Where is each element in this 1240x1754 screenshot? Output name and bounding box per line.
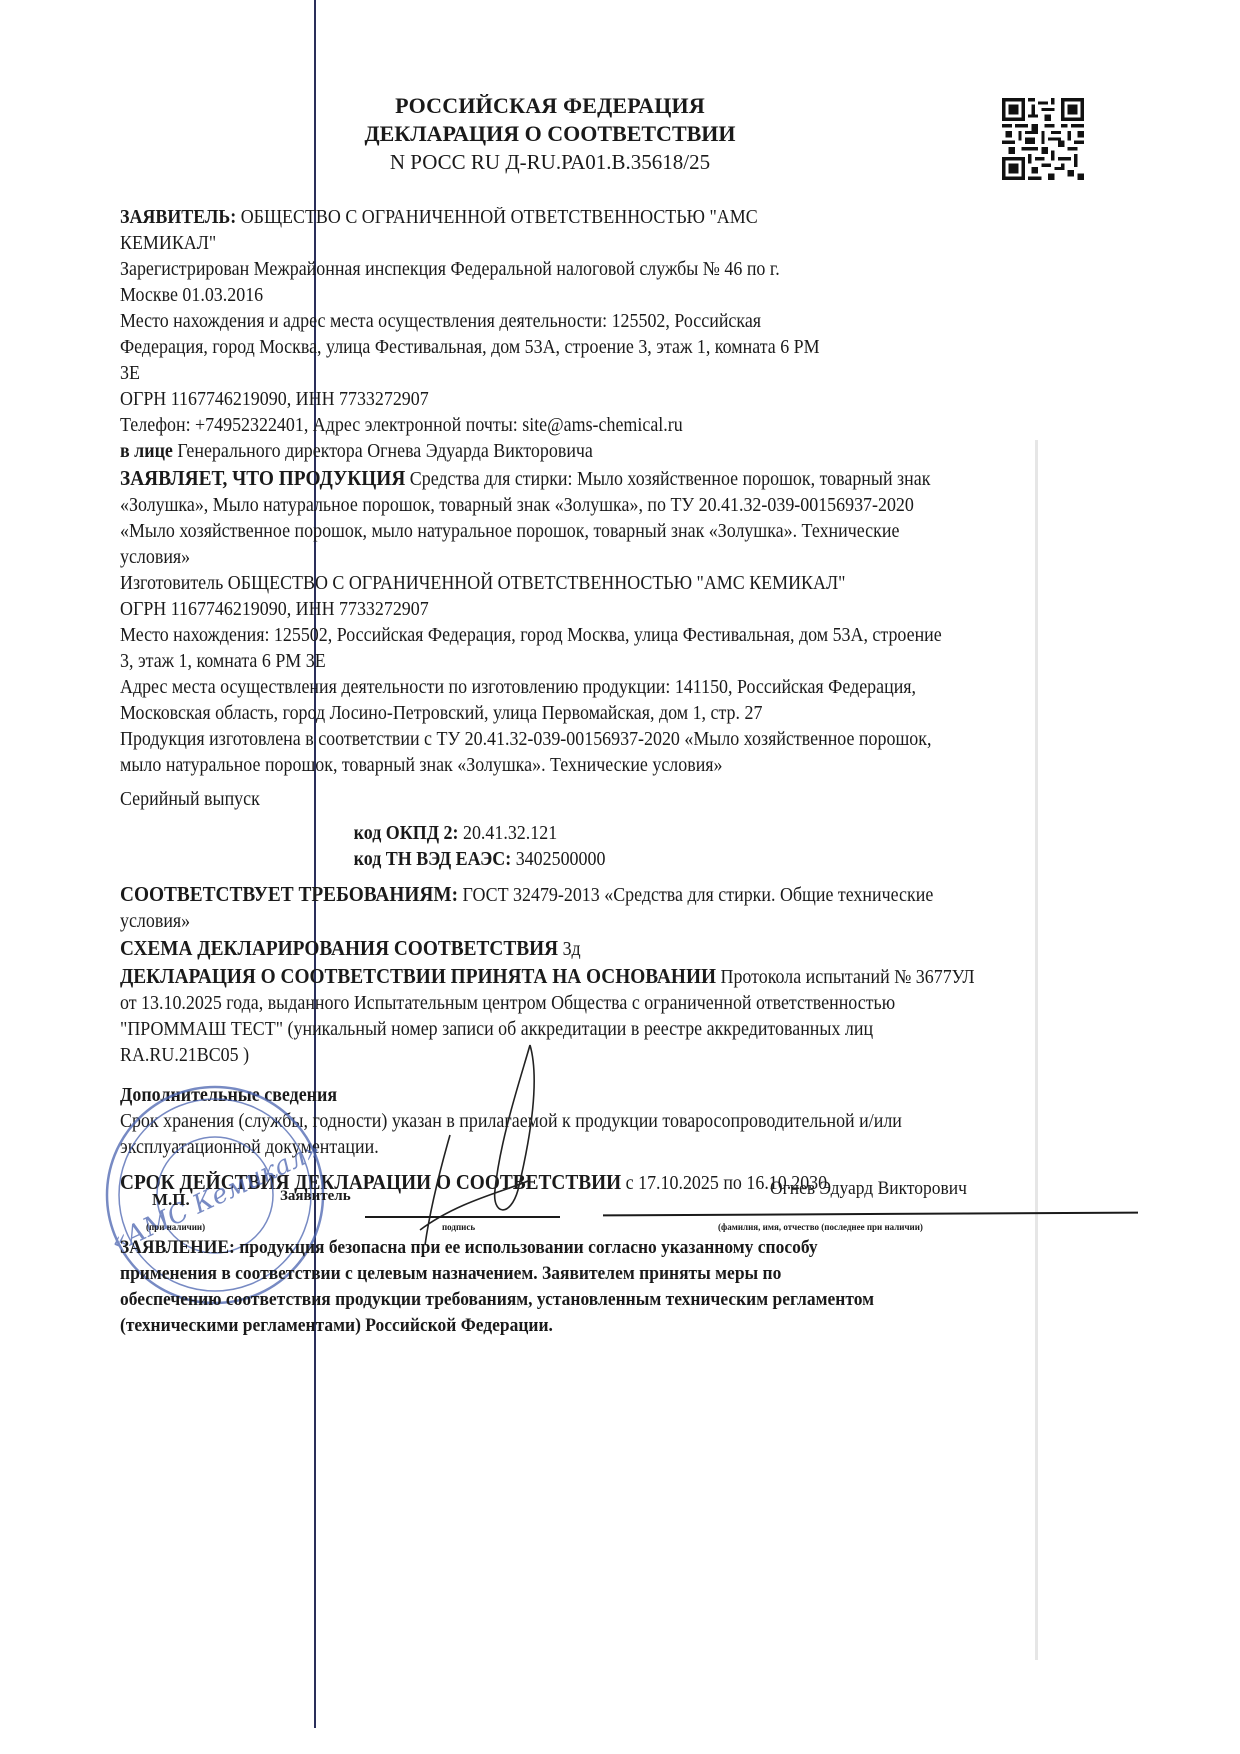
declaration-page: РОССИЙСКАЯ ФЕДЕРАЦИЯ ДЕКЛАРАЦИЯ О СООТВЕ…	[0, 0, 1240, 1754]
signer-name: Огнев Эдуард Викторович	[770, 1178, 967, 1200]
safety-statement: ЗАЯВЛЕНИЕ: продукция безопасна при ее ис…	[120, 1235, 1040, 1339]
applicant-label: ЗАЯВИТЕЛЬ:	[120, 207, 236, 228]
manufacturer-name: Изготовитель ОБЩЕСТВО С ОГРАНИЧЕННОЙ ОТВ…	[120, 571, 1040, 597]
serial-production: Серийный выпуск	[120, 787, 1040, 813]
basis-line: ДЕКЛАРАЦИЯ О СООТВЕТСТВИИ ПРИНЯТА НА ОСН…	[120, 963, 1040, 991]
document-title: ДЕКЛАРАЦИЯ О СООТВЕТСТВИИ	[300, 120, 800, 148]
product-label: ЗАЯВЛЯЕТ, ЧТО ПРОДУКЦИЯ	[120, 466, 405, 490]
scheme-line: СХЕМА ДЕКЛАРИРОВАНИЯ СООТВЕТСТВИЯ 3д	[120, 935, 1040, 963]
okpd-code: код ОКПД 2: 20.41.32.121	[120, 821, 1040, 847]
represented-by: в лице Генерального директора Огнева Эду…	[120, 439, 1040, 465]
qr-code-icon[interactable]	[1002, 98, 1084, 180]
document-header: РОССИЙСКАЯ ФЕДЕРАЦИЯ ДЕКЛАРАЦИЯ О СООТВЕ…	[300, 92, 800, 176]
conformity-line: СООТВЕТСТВУЕТ ТРЕБОВАНИЯМ: ГОСТ 32479-20…	[120, 881, 1040, 909]
country-title: РОССИЙСКАЯ ФЕДЕРАЦИЯ	[300, 92, 800, 120]
tnved-code: код ТН ВЭД ЕАЭС: 3402500000	[120, 847, 1040, 873]
applicant-line: ЗАЯВИТЕЛЬ: ОБЩЕСТВО С ОГРАНИЧЕННОЙ ОТВЕТ…	[120, 205, 1040, 231]
signer-name-line	[603, 1212, 1138, 1217]
signature-row: М.П. (при наличии) Заявитель подпись Огн…	[120, 1178, 1150, 1228]
product-line: ЗАЯВЛЯЕТ, ЧТО ПРОДУКЦИЯ Средства для сти…	[120, 465, 1040, 493]
applicant-ogrn-inn: ОГРН 1167746219090, ИНН 7733272907	[120, 387, 1040, 413]
declaration-number: N РОСС RU Д-RU.РА01.В.35618/25	[300, 148, 800, 176]
applicant-sign-label: Заявитель	[280, 1188, 351, 1205]
applicant-contacts: Телефон: +74952322401, Адрес электронной…	[120, 413, 1040, 439]
seal-label: М.П.	[152, 1190, 190, 1210]
signature-line	[365, 1216, 560, 1218]
